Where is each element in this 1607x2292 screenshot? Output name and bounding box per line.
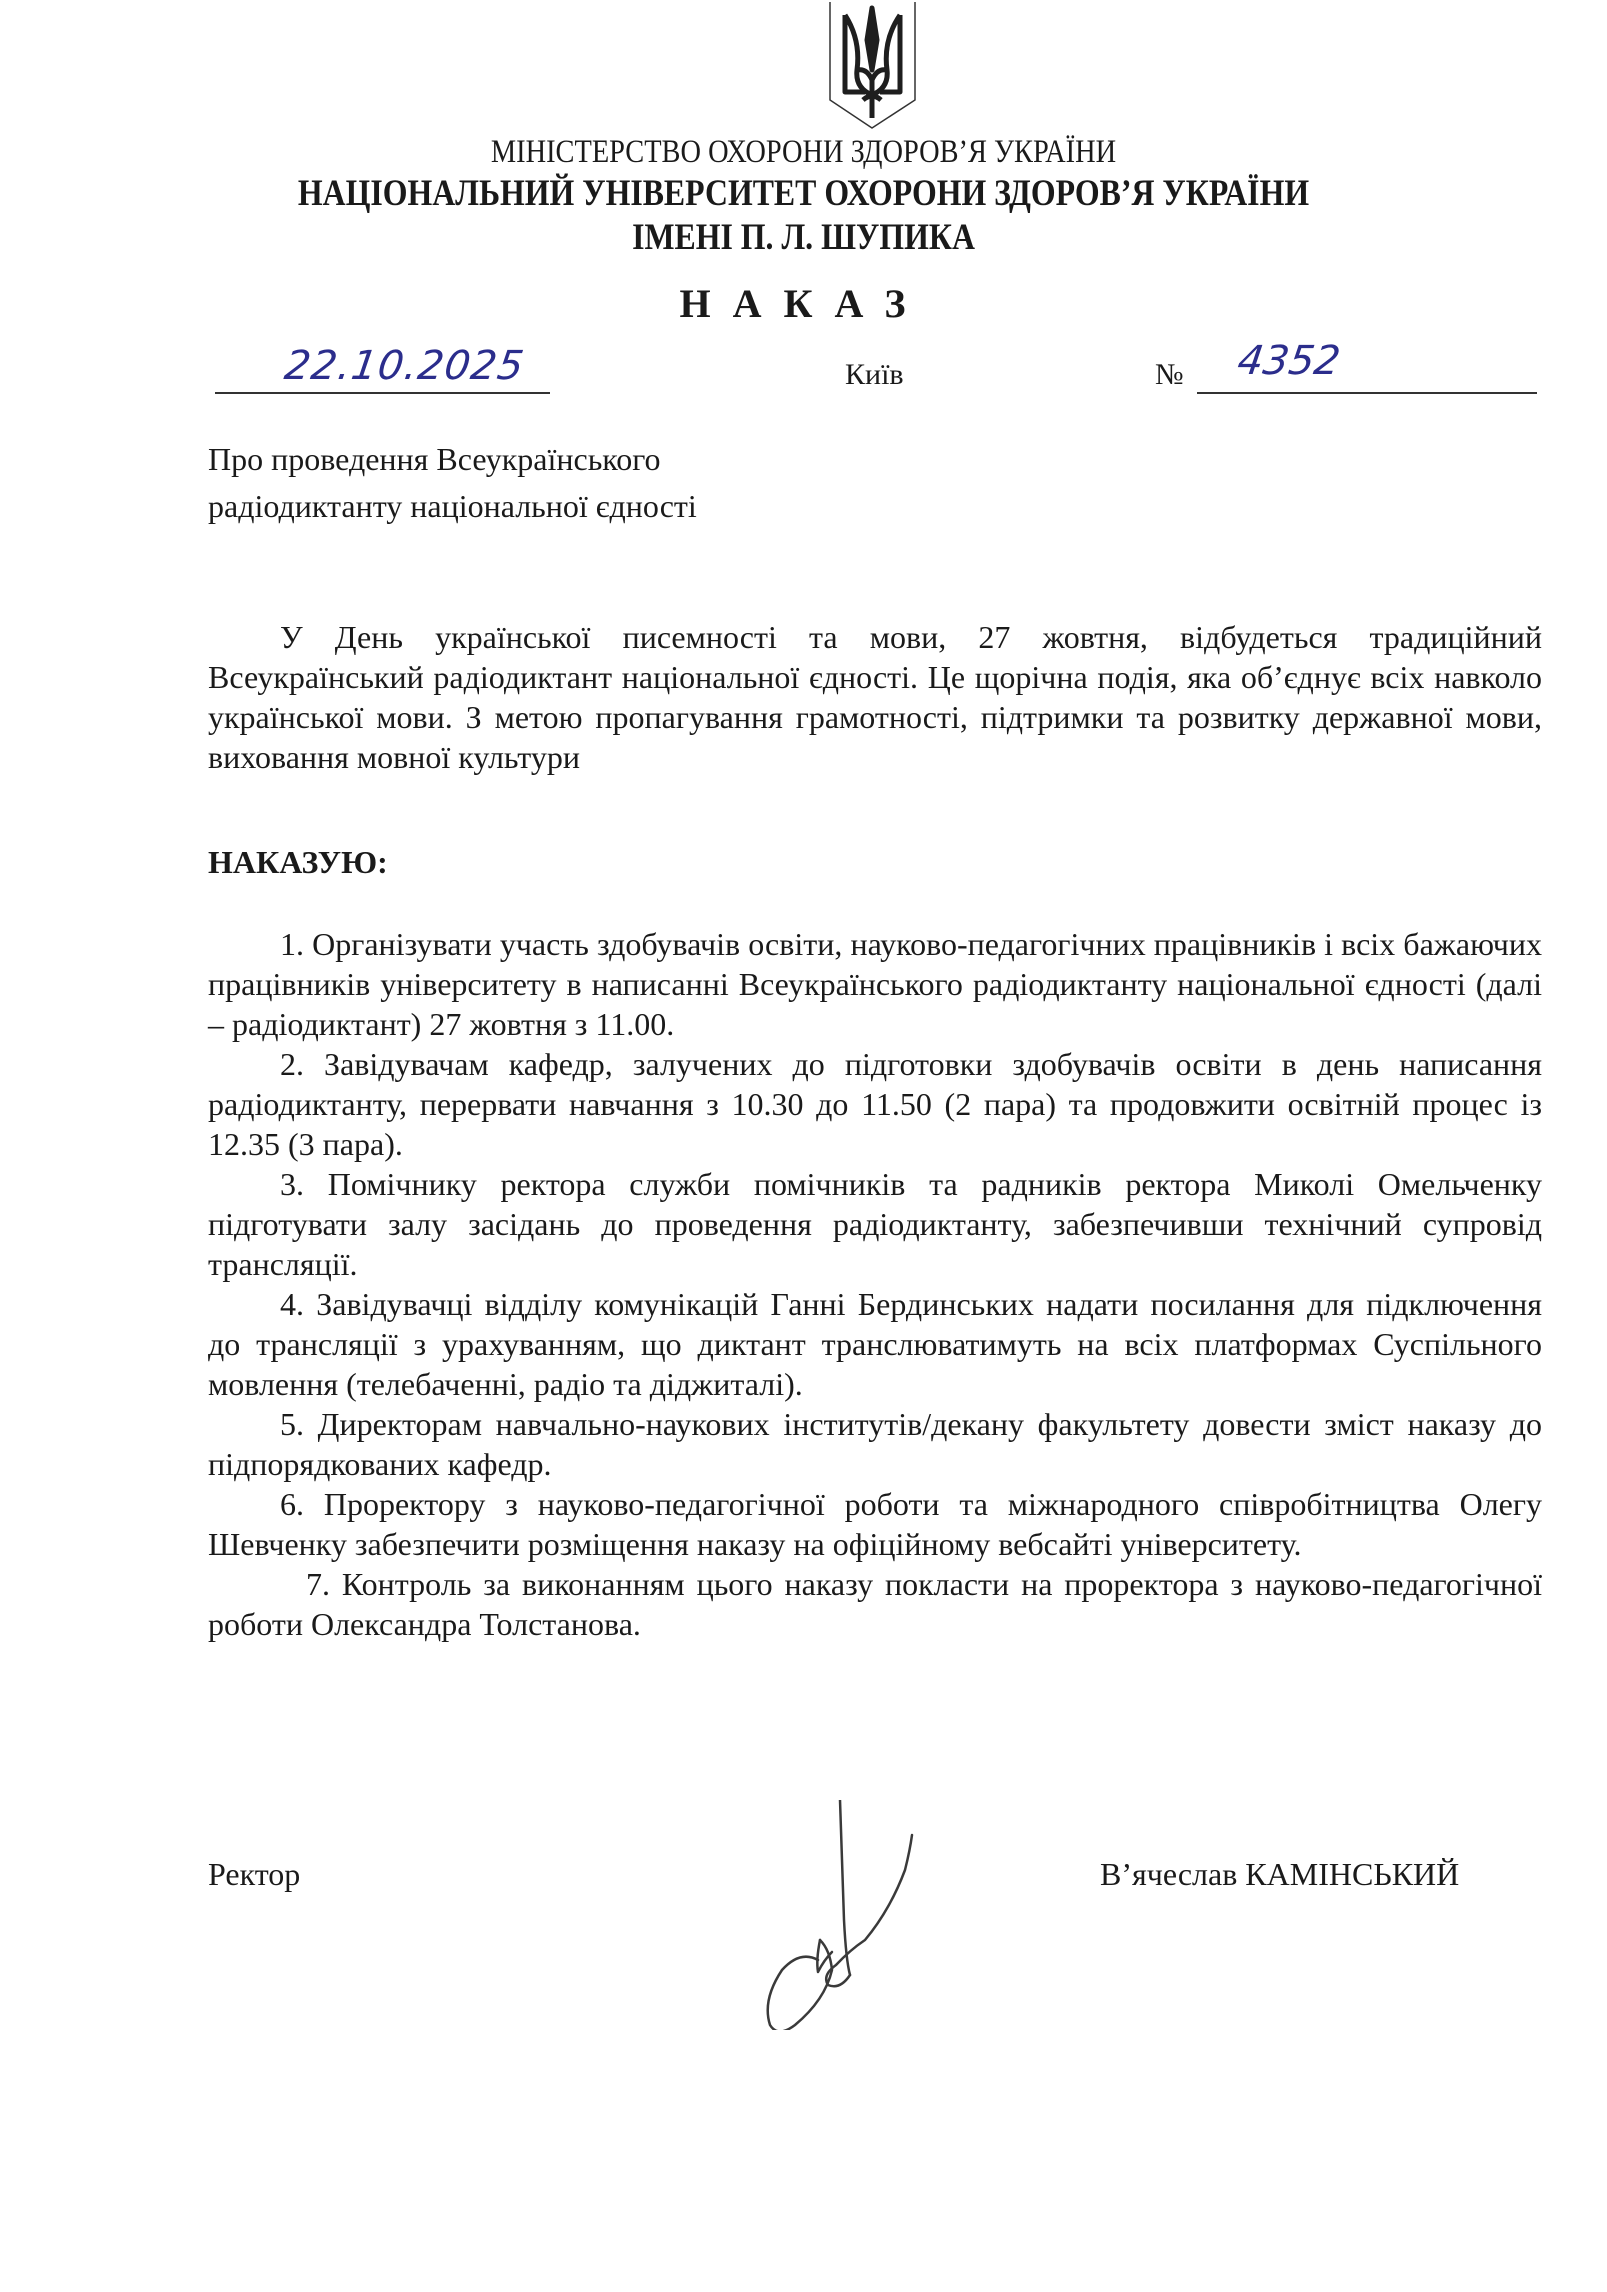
order-items-list: 1. Організувати участь здобувачів освіти… bbox=[208, 924, 1542, 1644]
ministry-name: МІНІСТЕРСТВО ОХОРОНИ ЗДОРОВ’Я УКРАЇНИ bbox=[112, 134, 1494, 171]
order-item-2: 2. Завідувачам кафедр, залучених до підг… bbox=[208, 1044, 1542, 1164]
order-item-1: 1. Організувати участь здобувачів освіти… bbox=[208, 924, 1542, 1044]
number-sign: № bbox=[1155, 358, 1184, 392]
number-underline bbox=[1197, 392, 1537, 394]
order-city: Київ bbox=[845, 358, 904, 392]
subject-line-2: радіодиктанту національної єдності bbox=[208, 483, 697, 530]
order-heading: НАКАЗУЮ: bbox=[208, 844, 388, 881]
subject-line-1: Про проведення Всеукраїнського bbox=[208, 436, 697, 483]
order-item-6: 6. Проректору з науково-педагогічної роб… bbox=[208, 1484, 1542, 1564]
order-number: 4352 bbox=[1235, 338, 1343, 384]
preamble-text: У День української писемності та мови, 2… bbox=[208, 617, 1542, 777]
preamble: У День української писемності та мови, 2… bbox=[208, 617, 1542, 777]
order-item-7: 7. Контроль за виконанням цього наказу п… bbox=[208, 1564, 1542, 1644]
university-name: НАЦІОНАЛЬНИЙ УНІВЕРСИТЕТ ОХОРОНИ ЗДОРОВ’… bbox=[112, 172, 1494, 215]
handwritten-signature-icon bbox=[700, 1800, 980, 2030]
signer-position: Ректор bbox=[208, 1856, 300, 1893]
signer-name: В’ячеслав КАМІНСЬКИЙ bbox=[1100, 1856, 1459, 1893]
university-name-line2: ІМЕНІ П. Л. ШУПИКА bbox=[112, 216, 1494, 259]
order-date: 22.10.2025 bbox=[282, 343, 527, 389]
order-item-4: 4. Завідувачці відділу комунікацій Ганні… bbox=[208, 1284, 1542, 1404]
order-item-3: 3. Помічнику ректора служби помічників т… bbox=[208, 1164, 1542, 1284]
order-item-5: 5. Директорам навчально-наукових інститу… bbox=[208, 1404, 1542, 1484]
document-page: МІНІСТЕРСТВО ОХОРОНИ ЗДОРОВ’Я УКРАЇНИ НА… bbox=[0, 0, 1607, 2292]
order-subject: Про проведення Всеукраїнського радіодикт… bbox=[208, 436, 697, 530]
document-type-title: НАКАЗ bbox=[0, 280, 1607, 327]
tryzub-coat-of-arms-icon bbox=[825, 0, 920, 130]
date-underline bbox=[215, 392, 550, 394]
